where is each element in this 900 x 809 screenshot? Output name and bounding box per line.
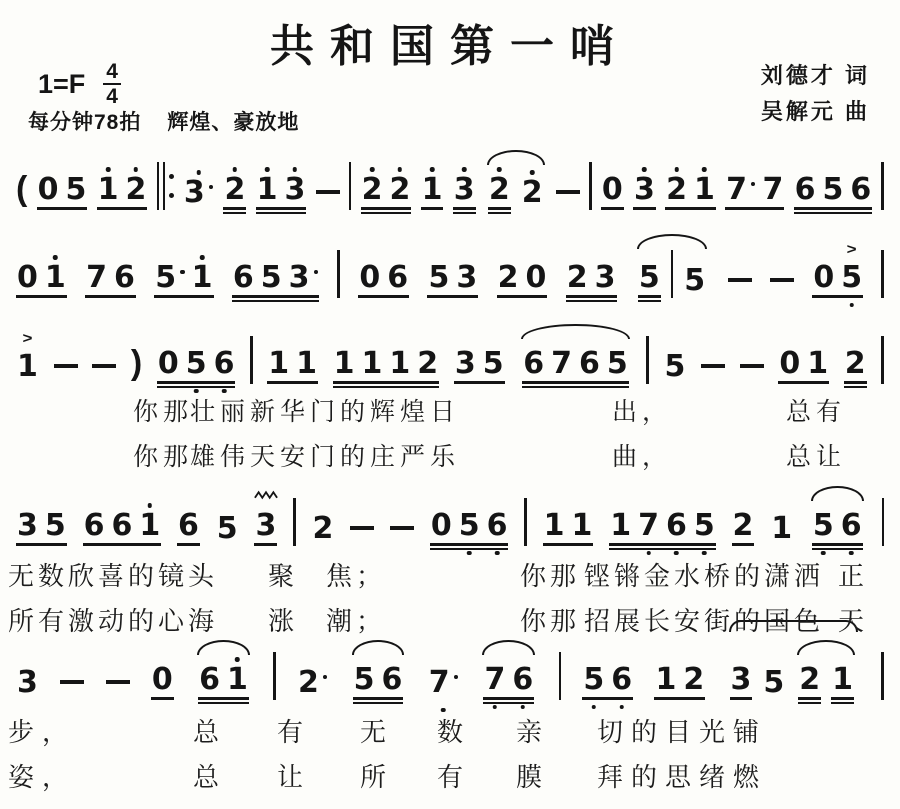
lyric-fragment: 总 [193, 757, 227, 794]
beam-group: 56 [812, 502, 863, 546]
lyric-fragment: 所 [360, 757, 394, 794]
note-digit: 2 [489, 172, 510, 207]
note-digit: 6 [841, 508, 862, 543]
beam-group: 35 [454, 340, 505, 384]
lyric-fragment: 让 [277, 757, 311, 794]
beam-group: 11 [267, 340, 318, 384]
beam-group: 3 [254, 502, 277, 546]
high-octave-dot [134, 167, 139, 172]
duration-dash [316, 190, 340, 194]
note: 3 [184, 169, 213, 208]
lyric-fragment: 出， [612, 392, 672, 428]
note-digit: 5 [428, 260, 449, 295]
lyric-fragment: 有 [437, 757, 471, 794]
lyric-fragment: 有 [277, 712, 311, 749]
note: 2 [362, 166, 383, 205]
note: 6 [178, 502, 199, 541]
note: 0 [779, 340, 800, 379]
note: 6 [382, 656, 403, 695]
duration-dash [390, 526, 414, 530]
note-digit: 0 [152, 662, 173, 697]
high-octave-dot [702, 167, 707, 172]
barline [524, 498, 527, 546]
note-digit: 5 [65, 172, 86, 207]
low-octave-dot [702, 551, 707, 556]
lyric-fragment: 步， [8, 712, 76, 749]
note: 7 [429, 659, 458, 698]
note: 1 [257, 166, 278, 205]
note: 1 [296, 340, 317, 379]
slur-tie: 61 [195, 640, 252, 700]
note: 1 [832, 656, 853, 695]
note: 5 [217, 505, 238, 544]
high-octave-dot [497, 167, 502, 172]
note-digit: 1 [807, 346, 828, 381]
note-digit: 2 [362, 172, 383, 207]
note: 1 [422, 166, 443, 205]
beam-group: 3 [633, 166, 656, 210]
slur-tie: 6765 [519, 324, 632, 384]
beam-group: 06 [358, 254, 409, 298]
note-digit: 5 [763, 665, 784, 700]
note-digit: 7 [484, 662, 505, 697]
high-octave-dot [398, 167, 403, 172]
note: 5 [583, 656, 604, 695]
note: 5 [763, 659, 784, 698]
note: 6 [523, 340, 544, 379]
note: 6 [666, 502, 687, 541]
note-digit: 2 [733, 508, 754, 543]
note: 5 [684, 257, 705, 296]
lyric-fragment: 焦； [326, 556, 386, 593]
lyric-fragment: 雄伟天安门的庄严乐 [190, 437, 460, 473]
sheet-music-page: 共和国第一哨 1=F 4 4 每分钟78拍 辉煌、豪放地 刘德才 词 吴解元 曲… [0, 0, 900, 809]
lyric-fragment: 你那 [520, 601, 580, 638]
note-digit: 0 [158, 346, 179, 381]
note-digit: 1 [362, 346, 383, 381]
note: 3 [255, 502, 276, 541]
note: 6 [512, 656, 533, 695]
duration-dash [740, 364, 764, 368]
note: 0 [525, 254, 546, 293]
slur-tie: 21 [795, 640, 857, 700]
beam-group: 21 [665, 166, 716, 210]
note: 6 [84, 502, 105, 541]
time-signature-denominator: 4 [103, 85, 121, 108]
note: 1 [45, 254, 66, 293]
augmentation-dot [209, 185, 214, 190]
note: 6 [387, 254, 408, 293]
note: 6 [199, 656, 220, 695]
note-digit: 3 [17, 665, 38, 700]
note-digit: 6 [233, 260, 254, 295]
note: 0 [38, 166, 59, 205]
high-octave-dot [530, 170, 535, 175]
lyric-fragment: 你那 [520, 556, 580, 593]
barline [671, 250, 674, 298]
lyric-fragment: 无数欣喜的镜头 [8, 556, 218, 593]
beam-group: 76 [483, 656, 534, 700]
beam-group: 01 [778, 340, 829, 384]
note-digit: 5 [261, 260, 282, 295]
note: 0 [813, 254, 834, 293]
note-digit: 7 [429, 665, 450, 700]
beam-group: 1> [16, 343, 39, 384]
note: 0 [152, 656, 173, 695]
note-digit: 1 [571, 508, 592, 543]
note: 5 [694, 502, 715, 541]
note-digit: 1 [296, 346, 317, 381]
note: 1 [268, 340, 289, 379]
note-digit: 7 [551, 346, 572, 381]
beam-group: 11 [543, 502, 594, 546]
note: 5 [155, 254, 184, 293]
lyric-fragment: 涨 [268, 601, 298, 638]
duration-dash [92, 364, 116, 368]
note-digit: 1 [98, 172, 119, 207]
beam-group: 56 [582, 656, 633, 700]
parenthesis: ( [16, 172, 27, 206]
barline [337, 250, 340, 298]
beam-group: 1 [770, 505, 793, 546]
note-digit: 5 [186, 346, 207, 381]
note: 6 [841, 502, 862, 541]
note-digit: 6 [387, 260, 408, 295]
note: 2 [666, 166, 687, 205]
note-digit: 6 [512, 662, 533, 697]
lyric-fragment: 你那 [133, 392, 193, 428]
note: 0 [359, 254, 380, 293]
lyric-fragment: 无 [360, 712, 394, 749]
note: 2 [567, 254, 588, 293]
lyric-line: 无数欣喜的镜头聚焦；你那铿锵金水桥的潇洒正 [0, 556, 900, 590]
repeat-sign [157, 162, 174, 210]
note: 2 [489, 166, 510, 205]
augmentation-dot [751, 182, 756, 187]
note-digit: 6 [795, 172, 816, 207]
credits: 刘德才 词 吴解元 曲 [761, 58, 870, 131]
note: 3 [634, 166, 655, 205]
note-digit: 3 [731, 662, 752, 697]
note-digit: 1 [139, 508, 160, 543]
note-digit: 5 [694, 508, 715, 543]
beam-group: 56 [353, 656, 404, 700]
note-digit: 2 [567, 260, 588, 295]
beam-group: 01 [16, 254, 67, 298]
note-digit: 1 [334, 346, 355, 381]
note-digit: 1 [268, 346, 289, 381]
lyric-line: 你那壮丽新华门的辉煌日出，总有 [0, 392, 900, 426]
beam-group: 056 [430, 502, 509, 546]
note: 2 [733, 502, 754, 541]
low-octave-dot [849, 551, 854, 556]
note-digit: 7 [638, 508, 659, 543]
key-time-signature: 1=F 4 4 [38, 60, 121, 108]
time-signature-numerator: 4 [103, 60, 121, 85]
lyric-fragment: 所有激动的心海 [8, 601, 218, 638]
beam-group: 2 [297, 659, 328, 700]
note-digit: 3 [284, 172, 305, 207]
note-digit: 5 [607, 346, 628, 381]
note: 0 [158, 340, 179, 379]
note-digit: 2 [224, 172, 245, 207]
duration-dash [60, 680, 84, 684]
beam-group: 05 [37, 166, 88, 210]
barline [881, 250, 884, 298]
note: 6 [214, 340, 235, 379]
lyric-fragment: 曲， [612, 437, 672, 473]
beam-group: 1 [831, 656, 854, 700]
note: 1 [362, 340, 383, 379]
beam-group: 23 [566, 254, 617, 298]
lyric-fragment: 你那 [133, 437, 193, 473]
note-digit: 6 [214, 346, 235, 381]
beam-group: 1 [421, 166, 444, 210]
note-digit: 6 [523, 346, 544, 381]
note-digit: 5 [841, 260, 862, 295]
beam-group: 661 [83, 502, 162, 546]
note-digit: 3 [634, 172, 655, 207]
note-digit: 0 [17, 260, 38, 295]
duration-dash [350, 526, 374, 530]
parenthesis: ) [131, 346, 142, 380]
note: 6 [111, 502, 132, 541]
low-octave-dot [521, 705, 526, 710]
note: 1 [571, 502, 592, 541]
slur-tie: 56 [350, 640, 407, 700]
low-octave-dot [619, 705, 624, 710]
note-digit: 6 [84, 508, 105, 543]
accent-mark: > [22, 331, 32, 345]
repeat-bar [163, 162, 166, 210]
duration-dash [106, 680, 130, 684]
note-digit: 3 [456, 260, 477, 295]
lyric-fragment: 总 [193, 712, 227, 749]
note-digit: 5 [583, 662, 604, 697]
beam-group: 77 [725, 166, 784, 210]
key-signature: 1=F [38, 69, 85, 100]
note-digit: 7 [86, 260, 107, 295]
note: 2 [417, 340, 438, 379]
slur-tie: 22 [485, 150, 547, 210]
duration-dash [770, 278, 794, 282]
barline [250, 336, 253, 384]
note: 1 [771, 505, 792, 544]
duration-dash [556, 190, 580, 194]
high-octave-dot [106, 167, 111, 172]
beam-group: 12 [97, 166, 148, 210]
beam-group: 2 [223, 166, 246, 210]
repeat-dots [169, 172, 174, 200]
note: 2 [224, 166, 245, 205]
barline [589, 162, 592, 210]
beam-group: 05> [812, 254, 863, 298]
note-digit: 2 [666, 172, 687, 207]
barline [882, 498, 885, 546]
high-octave-dot [200, 255, 205, 260]
beam-group: 3 [453, 166, 476, 210]
note-digit: 6 [487, 508, 508, 543]
note-digit: 2 [125, 172, 146, 207]
lyric-fragment: 潮； [326, 601, 386, 638]
note: 1 [192, 254, 213, 293]
high-octave-dot [53, 255, 58, 260]
note-digit: 2 [799, 662, 820, 697]
note-digit: 2 [389, 172, 410, 207]
note-digit: 6 [579, 346, 600, 381]
note-digit: 2 [298, 665, 319, 700]
note-digit: 3 [184, 175, 205, 210]
note: 6 [795, 166, 816, 205]
note: 2 [845, 340, 866, 379]
note: 6 [487, 502, 508, 541]
beam-group: 2 [311, 505, 334, 546]
note-digit: 5 [665, 349, 686, 384]
note-digit: 5 [483, 346, 504, 381]
note: 2 [683, 656, 704, 695]
note: 1 [694, 166, 715, 205]
slur-tie: 55 [635, 234, 709, 298]
note: 6 [850, 166, 871, 205]
note-digit: 0 [359, 260, 380, 295]
note-digit: 0 [602, 172, 623, 207]
slur-tie: 76 [480, 640, 537, 700]
note: 1 [389, 340, 410, 379]
barline [881, 336, 884, 384]
note: 2 [312, 505, 333, 544]
note-digit: 7 [762, 172, 783, 207]
notation-line: 1>)0561111123567655012 [16, 296, 884, 384]
note: 0 [602, 166, 623, 205]
note-digit: 2 [845, 346, 866, 381]
note: 3 [595, 254, 616, 293]
note: 3 [17, 659, 38, 698]
high-octave-dot [196, 170, 201, 175]
note-digit: 3 [17, 508, 38, 543]
note: 5 [483, 340, 504, 379]
barline [273, 652, 276, 700]
high-octave-dot [233, 167, 238, 172]
note-digit: 7 [726, 172, 747, 207]
note-digit: 3 [454, 172, 475, 207]
beam-group: 51 [154, 254, 213, 298]
note: 7 [726, 166, 755, 205]
note: 6 [114, 254, 135, 293]
beam-group: 2 [732, 502, 755, 546]
note-digit: 0 [779, 346, 800, 381]
note: 1 [98, 166, 119, 205]
low-octave-dot [493, 705, 498, 710]
beam-group: 653 [232, 254, 319, 298]
duration-dash [54, 364, 78, 368]
beam-group: 6765 [522, 340, 629, 384]
note-digit: 3 [455, 346, 476, 381]
augmentation-dot [323, 675, 328, 680]
note-digit: 0 [813, 260, 834, 295]
low-octave-dot [592, 705, 597, 710]
beam-group: 5 [683, 257, 706, 298]
note-digit: 1 [694, 172, 715, 207]
note: 3 [289, 254, 318, 293]
note-digit: 1 [227, 662, 248, 697]
low-octave-dot [646, 551, 651, 556]
note: 2 [389, 166, 410, 205]
note: 0 [17, 254, 38, 293]
note-digit: 6 [111, 508, 132, 543]
beam-group: 61 [198, 656, 249, 700]
note-digit: 3 [289, 260, 310, 295]
high-octave-dot [265, 167, 270, 172]
beam-group: 7 [428, 659, 459, 700]
duration-dash [701, 364, 725, 368]
note: 5 [261, 254, 282, 293]
low-octave-dot [674, 551, 679, 556]
note-digit: 1 [655, 662, 676, 697]
note: 5 [607, 340, 628, 379]
note-digit: 1 [771, 511, 792, 546]
lyric-fragment: 天 [838, 601, 868, 638]
note: 1 [807, 340, 828, 379]
lyric-line: 姿，总让所有膜拜的思绪燃 [0, 757, 900, 791]
barline [881, 162, 884, 210]
note: 7 [762, 166, 783, 205]
lyric-fragment: 正 [838, 556, 868, 593]
augmentation-dot [454, 675, 459, 680]
note-digit: 5 [459, 508, 480, 543]
barline [881, 652, 884, 700]
note-digit: 1 [17, 349, 38, 384]
beam-group: 0 [151, 656, 174, 700]
note: 7 [86, 254, 107, 293]
note-digit: 0 [38, 172, 59, 207]
note-digit: 6 [199, 662, 220, 697]
note: 6 [611, 656, 632, 695]
lyric-line: 所有激动的心海涨潮；你那招展长安街的国色天 [0, 601, 900, 635]
note: 2 [298, 659, 327, 698]
lyric-fragment: 铿锵金水桥的潇洒 [584, 556, 824, 593]
note-digit: 6 [611, 662, 632, 697]
note-digit: 0 [431, 508, 452, 543]
beam-group: 056 [157, 340, 236, 384]
note-digit: 1 [422, 172, 443, 207]
high-octave-dot [235, 657, 240, 662]
note: 5 [822, 166, 843, 205]
note-digit: 5 [639, 260, 660, 295]
note: 5 [354, 656, 375, 695]
note-digit: 3 [255, 508, 276, 543]
beam-group: 656 [794, 166, 873, 210]
duration-dash [728, 278, 752, 282]
beam-group: 22 [361, 166, 412, 210]
note-digit: 1 [544, 508, 565, 543]
high-octave-dot [293, 167, 298, 172]
beam-group: 35 [16, 502, 67, 546]
beam-group: 2 [521, 169, 544, 210]
note-digit: 5 [354, 662, 375, 697]
lyric-line: 你那雄伟天安门的庄严乐曲，总让 [0, 437, 900, 471]
note: 5 [639, 254, 660, 293]
note-digit: 2 [683, 662, 704, 697]
low-octave-dot [821, 551, 826, 556]
high-octave-dot [674, 167, 679, 172]
note: 5 [459, 502, 480, 541]
note-digit: 2 [498, 260, 519, 295]
note: 1 [227, 656, 248, 695]
note: 2 [522, 169, 543, 208]
note-digit: 5 [822, 172, 843, 207]
note: 1 [139, 502, 160, 541]
beam-group: 3 [183, 169, 214, 210]
